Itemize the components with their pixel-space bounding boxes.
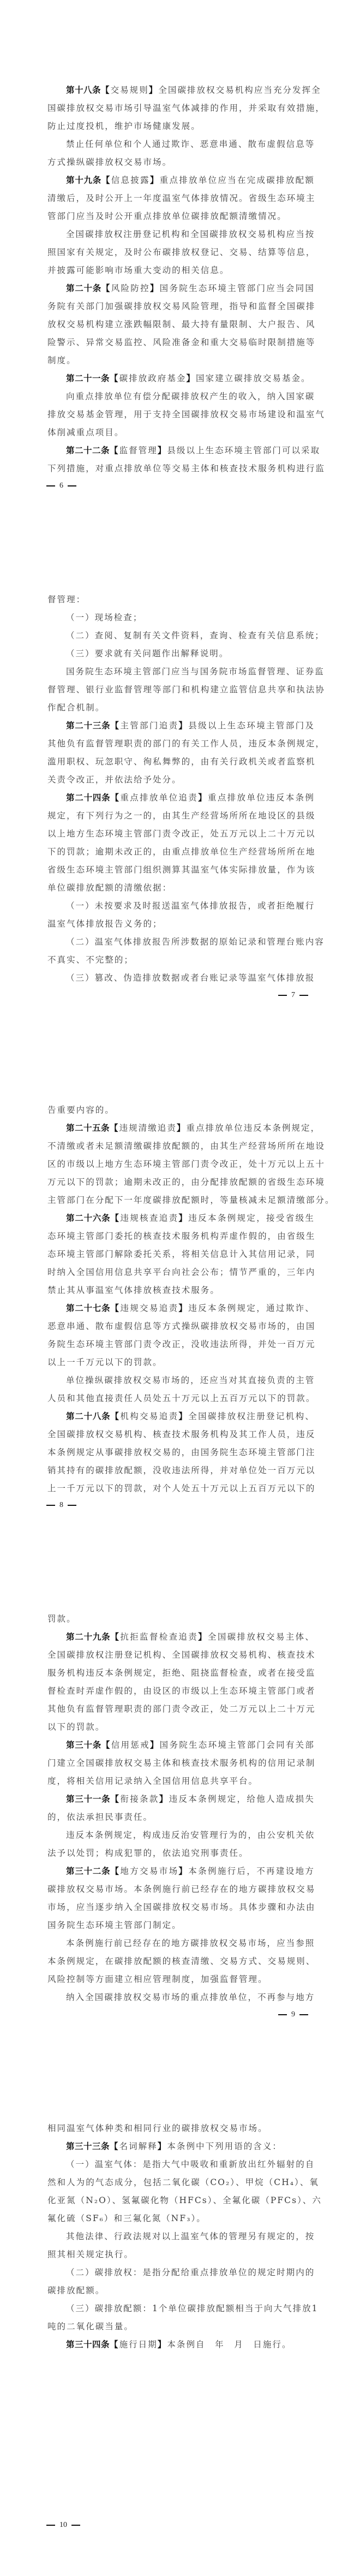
article-heading-line: 第二十六条【违规核查追责】违反本条例规定，接受省级生	[66, 1212, 315, 1225]
text-line: 规定，有下列行为之一的，由其生产经营场所所在地设区的县级	[47, 809, 315, 822]
line-text: 规定，有下列行为之一的，由其生产经营场所所在地设区的县级	[47, 811, 315, 821]
text-line: 法予以处罚；构成犯罪的，依法追究刑事责任。	[47, 1847, 315, 1860]
text-line: 方式操纵碳排放权交易市场。	[47, 156, 315, 169]
article-title: 信用惩戒	[111, 1740, 150, 1750]
text-line: 排放交易基金管理，用于支持全国碳排放权交易市场建设和温室气	[47, 408, 315, 421]
text-line: 化亚氮（N₂O）、氢氟碳化物（HFCs）、全氟化碳（PFCs）、六	[47, 2194, 315, 2207]
line-text: 制度。	[47, 355, 76, 365]
article-title: 施行日期	[119, 2340, 158, 2349]
text-line: 国碳排放权交易市场引导温室气体减排的作用，并采取有效措施，	[47, 102, 315, 115]
line-text: 排放交易基金管理，用于支持全国碳排放权交易市场建设和温室气	[47, 409, 325, 419]
article-title: 地方交易市场	[120, 1866, 178, 1876]
line-text: 主管部门在分配下一年度碳排放配额时，等量核减未足额清缴部分。	[47, 1195, 335, 1205]
article-number: 第十八条	[66, 85, 101, 95]
text-line: 向重点排放单位有偿分配碳排放权产生的收入，纳入国家碳	[66, 390, 315, 403]
line-text: 违反本条例规定，给他人造成损失	[169, 1794, 315, 1804]
bracket-close: 】	[150, 175, 160, 185]
article-number: 第二十一条	[66, 373, 110, 383]
line-text: 然和人为的气态成分，包括二氧化碳（CO₂）、甲烷（CH₄）、氧	[47, 2177, 319, 2187]
text-line: 相同温室气体种类和相同行业的碳排放权交易市场。	[47, 2122, 315, 2135]
article-heading-line: 第三十一条【衔接条款】违反本条例规定，给他人造成损失	[66, 1792, 315, 1806]
line-text: 险警示、异常交易监控、风险准备金和重大交易临时限制措施等	[47, 337, 315, 347]
text-line: 告重要内容的。	[47, 1103, 315, 1117]
line-text: 重点排放单位违反本条例规定，	[186, 1123, 320, 1133]
bracket-close: 】	[178, 721, 188, 731]
article-heading-line: 第二十四条【重点排放单位追责】重点排放单位违反本条例	[66, 791, 315, 804]
line-text: （三）碳排放配额：1个单位碳排放配额相当于向大气排放1	[66, 2304, 319, 2313]
line-text: 违反本条例规定，接受省级生	[188, 1213, 315, 1223]
text-line: 碳排放配额。	[47, 2284, 315, 2297]
line-text: 碳排放配额。	[47, 2286, 105, 2295]
text-line: 主管部门在分配下一年度碳排放配额时，等量核减未足额清缴部分。	[47, 1194, 315, 1207]
bracket-open: 【	[110, 1411, 120, 1421]
text-line: 单位操纵碳排放权交易市场的，还应当对其直接负责的主管	[66, 1374, 315, 1387]
line-text: 全国碳排放权注册登记机构和全国碳排放权交易机构应当按	[66, 229, 315, 239]
page-number-footer: 7	[278, 990, 313, 1001]
text-line: 国务院生态环境主管部门应当与国务院市场监督管理、证券监	[66, 665, 315, 678]
text-line: （一）未按要求及时报送温室气体排放报告，或者拒绝履行	[66, 899, 315, 912]
line-text: 态环境主管部门委托的核查技术服务机构弄虚作假的，由省级生	[47, 1231, 315, 1241]
line-text: （二）温室气体排放报告所涉数据的原始记录和管理台账内容	[66, 937, 325, 947]
page-number: 7	[291, 991, 295, 999]
line-text: 全国碳排放权注册登记机构、全国碳排放权交易机构、核查技术	[47, 1650, 315, 1660]
line-text: （二）碳排放权：是指分配给重点排放单位的规定时期内的	[66, 2268, 315, 2277]
bracket-open: 【	[110, 721, 120, 731]
article-heading-line: 第二十三条【主管部门追责】县级以上生态环境主管部门及	[66, 719, 315, 732]
bracket-close: 】	[178, 1303, 188, 1313]
article-number: 第十九条	[66, 175, 101, 185]
bracket-close: 】	[158, 2141, 167, 2151]
article-number: 第三十三条	[66, 2141, 110, 2151]
text-line: 温室气体排放报告义务的；	[47, 917, 315, 930]
article-number: 第二十六条	[66, 1213, 110, 1223]
bracket-open: 【	[101, 1740, 111, 1750]
line-text: 销其持有的碳排放配额，没收违法所得，并对单位处一百万元以	[47, 1465, 315, 1475]
line-text: 全国碳排放权交易主体、	[208, 1632, 315, 1642]
line-text: 本条例规定从事碳排放权交易的，由国务院生态环境主管部门注	[47, 1447, 315, 1457]
text-line: 防止过度投机，维护市场健康发展。	[47, 120, 315, 133]
line-text: 国家建立碳排放交易基金。	[196, 373, 311, 383]
dash-right	[299, 995, 308, 996]
bracket-open: 【	[110, 793, 120, 803]
line-text: 单位操纵碳排放权交易市场的，还应当对其直接负责的主管	[66, 1375, 315, 1385]
line-text: 风险控制等方面建立相应管理制度，加强监督管理。	[47, 1974, 268, 1984]
line-text: 的，依法承担民事责任。	[47, 1812, 153, 1822]
text-line: 风险控制等方面建立相应管理制度，加强监督管理。	[47, 1973, 315, 1986]
line-text: 本条例中下列用语的含义：	[167, 2141, 282, 2151]
text-line: 滥用职权、玩忽职守、徇私舞弊的，由有关行政机关或者监察机	[47, 755, 315, 768]
line-text: 关责令改正，并依法给予处分。	[47, 775, 182, 785]
text-line: 国务院生态环境主管部门制定。	[47, 1919, 315, 1932]
text-line: 人员和其他直接责任人员处五十万元以上五百万元以下的罚款。	[47, 1392, 315, 1405]
text-line: 险警示、异常交易监控、风险准备金和重大交易临时限制措施等	[47, 336, 315, 349]
bracket-close: 】	[159, 1794, 169, 1804]
text-line: 其他负有监督管理职责的部门的有关工作人员，违反本条例规定，	[47, 737, 315, 750]
article-title: 抗拒监督检查追责	[120, 1632, 198, 1642]
line-text: 本条例自 年 月 日施行。	[167, 2340, 291, 2349]
text-line: 上一千万元以下的罚款，对个人处五十万元以上五百万元以下的	[47, 1482, 315, 1495]
line-text: 市场，应当逐步纳入全国碳排放权交易市场。具体步骤和办法由	[47, 1902, 315, 1912]
bracket-close: 】	[149, 85, 159, 95]
line-text: 本条例施行前已经存在的地方碳排放权交易市场，应当参照	[66, 1938, 315, 1948]
line-text: 禁止任何单位和个人通过欺诈、恶意串通、散布虚假信息等	[66, 139, 315, 149]
article-number: 第二十八条	[66, 1411, 110, 1421]
bracket-close: 】	[178, 1213, 188, 1223]
line-text: 万元以下的罚款；逾期未改正的，由分配排放配额的省级生态环境	[47, 1177, 325, 1187]
line-text: 下的罚款；逾期未改正的，由重点排放单位生产经营场所所在地	[47, 847, 315, 857]
line-text: 国务院生态环境主管部门制定。	[47, 1920, 182, 1930]
text-line: 务院有关部门加强碳排放权交易风险管理，指导和监督全国碳排	[47, 300, 315, 313]
text-line: 制度。	[47, 354, 315, 367]
text-line: 服务机构违反本条例规定，拒绝、阻挠监督检查，或者在接受监	[47, 1666, 315, 1679]
text-line: 区的市级以上地方生态环境主管部门责令改正，处十万元以上五十	[47, 1158, 315, 1171]
line-text: 重点排放单位应当在完成碳排放配额	[160, 175, 315, 185]
text-line: 放权交易机构建立涨跌幅限制、最大持有量限制、大户报告、风	[47, 318, 315, 331]
text-line: 罚款。	[47, 1612, 315, 1625]
line-text: 上一千万元以下的罚款，对个人处五十万元以上五百万元以下的	[47, 1483, 315, 1493]
text-line: 本条例规定，在碳排放配额的核查清缴、交易方式、交易规则、	[47, 1955, 315, 1968]
bracket-open: 【	[101, 85, 111, 95]
article-heading-line: 第三十四条【施行日期】本条例自 年 月 日施行。	[66, 2338, 315, 2351]
line-text: 全国碳排放权交易机构、核查技术服务机构及其工作人员，违反	[47, 1429, 315, 1439]
article-number: 第三十四条	[66, 2340, 110, 2349]
article-title: 违规清缴追责	[119, 1123, 177, 1133]
line-text: （一）未按要求及时报送温室气体排放报告，或者拒绝履行	[66, 901, 315, 911]
line-text: 作配合机制。	[47, 703, 105, 713]
text-line: 恶意串通、散布虚假信息等方式操纵碳排放权交易市场的，由国	[47, 1320, 315, 1333]
bracket-close: 】	[150, 283, 160, 293]
article-number: 第二十九条	[66, 1632, 110, 1642]
article-number: 第三十二条	[66, 1866, 110, 1876]
article-number: 第三十一条	[66, 1794, 110, 1804]
bracket-open: 【	[101, 283, 111, 293]
bracket-open: 【	[110, 446, 119, 455]
bracket-open: 【	[110, 1866, 120, 1876]
text-line: 本条例规定从事碳排放权交易的，由国务院生态环境主管部门注	[47, 1446, 315, 1459]
article-number: 第二十二条	[66, 446, 110, 455]
article-heading-line: 第十九条【信息披露】重点排放单位应当在完成碳排放配额	[66, 174, 315, 187]
line-text: 氟化硫（SF₆）和三氟化氮（NF₃）。	[47, 2213, 206, 2223]
line-text: 禁止其从事温室气体排放核查技术服务。	[47, 1285, 220, 1295]
text-line: 违反本条例规定，构成违反治安管理行为的，由公安机关依	[66, 1829, 315, 1842]
article-number: 第二十五条	[66, 1123, 110, 1133]
bracket-close: 】	[150, 1740, 160, 1750]
article-heading-line: 第二十五条【违规清缴追责】重点排放单位违反本条例规定，	[66, 1121, 315, 1135]
dash-left	[46, 2525, 55, 2526]
dash-left	[278, 2014, 287, 2015]
article-heading-line: 第十八条【交易规则】全国碳排放权交易机构应当充分发挥全	[66, 84, 315, 97]
text-line: 纳入全国碳排放权交易市场的重点排放单位，不再参与地方	[66, 1991, 315, 2004]
text-line: （二）碳排放权：是指分配给重点排放单位的规定时期内的	[66, 2266, 315, 2279]
text-line: 督检查时弄虚作假的，由设区的市级以上生态环境主管部门或者	[47, 1684, 315, 1697]
page-number-footer: 10	[46, 2520, 85, 2531]
text-line: 本条例施行前已经存在的地方碳排放权交易市场，应当参照	[66, 1937, 315, 1950]
text-line: （二）查阅、复制有关文件资料，查询、检查有关信息系统；	[66, 629, 315, 642]
text-line: 时纳入全国信用信息共享平台向社会公布；情节严重的，三年内	[47, 1266, 315, 1279]
article-title: 主管部门追责	[120, 721, 178, 731]
article-number: 第二十七条	[66, 1303, 110, 1313]
article-title: 风险防控	[111, 283, 150, 293]
text-line: 作配合机制。	[47, 701, 315, 714]
line-text: 督管理：	[47, 595, 86, 604]
line-text: 其他负有监督管理职责的部门责令改正，处二万元以上二十万元	[47, 1704, 315, 1714]
line-text: 罚款。	[47, 1614, 76, 1624]
line-text: （一）现场检查；	[66, 613, 142, 622]
text-line: 市场，应当逐步纳入全国碳排放权交易市场。具体步骤和办法由	[47, 1901, 315, 1914]
line-text: 重点排放单位违反本条例	[208, 793, 315, 803]
line-text: 以上一千万元以下的罚款。	[47, 1357, 163, 1367]
line-text: 区的市级以上地方生态环境主管部门责令改正，处十万元以上五十	[47, 1159, 325, 1169]
text-line: 全国碳排放权注册登记机构、全国碳排放权交易机构、核查技术	[47, 1648, 315, 1661]
line-text: 相同温室气体种类和相同行业的碳排放权交易市场。	[47, 2123, 268, 2133]
line-text: 化亚氮（N₂O）、氢氟碳化物（HFCs）、全氟化碳（PFCs）、六	[47, 2195, 322, 2205]
text-line: 万元以下的罚款；逾期未改正的，由分配排放配额的省级生态环境	[47, 1176, 315, 1189]
text-line: 态环境主管部门解除委托关系，将相关信息计入其信用记录，同	[47, 1248, 315, 1261]
line-text: 以上地方生态环境主管部门责令改正，处五万元以上二十万元以	[47, 829, 315, 839]
line-text: （二）查阅、复制有关文件资料，查询、检查有关信息系统；	[66, 631, 325, 640]
text-line: 务院生态环境主管部门责令改正，没收违法所得，并处一百万元	[47, 1338, 315, 1351]
article-title: 交易规则	[111, 85, 149, 95]
article-number: 第二十条	[66, 283, 101, 293]
line-text: 服务机构违反本条例规定，拒绝、阻挠监督检查，或者在接受监	[47, 1668, 315, 1678]
line-text: 本条例规定，在碳排放配额的核查清缴、交易方式、交易规则、	[47, 1956, 315, 1966]
text-line: 态环境主管部门委托的核查技术服务机构弄虚作假的，由省级生	[47, 1230, 315, 1243]
text-line: 督管理、银行业监督管理等部门和机构建立监管信息共享和执法协	[47, 683, 315, 696]
line-text: 省级生态环境主管部门组织测算其温室气体实际排放量，作为该	[47, 865, 315, 875]
line-text: 告重要内容的。	[47, 1105, 115, 1115]
text-line: 禁止其从事温室气体排放核查技术服务。	[47, 1284, 315, 1297]
article-title: 违规核查追责	[120, 1213, 178, 1223]
line-text: 不清缴或者未足额清缴碳排放配额的，由其生产经营场所所在地设	[47, 1141, 325, 1151]
dash-right	[71, 2525, 80, 2526]
line-text: 法予以处罚；构成犯罪的，依法追究刑事责任。	[47, 1848, 249, 1858]
text-line: 不真实、不完整的；	[47, 953, 315, 966]
bracket-close: 】	[186, 373, 196, 383]
page-number: 8	[59, 1501, 63, 1509]
line-text: 恶意串通、散布虚假信息等方式操纵碳排放权交易市场的，由国	[47, 1321, 315, 1331]
article-title: 监督管理	[119, 446, 158, 455]
line-text: 本条例施行后，不再建设地方	[188, 1866, 315, 1876]
line-text: 并披露可能影响市场重大变动的相关信息。	[47, 265, 229, 275]
page-number-footer: 8	[46, 1500, 81, 1511]
bracket-open: 【	[110, 2340, 119, 2349]
line-text: 违反本条例规定，构成违反治安管理行为的，由公安机关依	[66, 1830, 315, 1840]
text-line: 然和人为的气态成分，包括二氧化碳（CO₂）、甲烷（CH₄）、氧	[47, 2176, 315, 2189]
text-line: （三）碳排放配额：1个单位碳排放配额相当于向大气排放1	[66, 2302, 315, 2315]
line-text: 管部门应当及时公开重点排放单位碳排放配额清缴情况。	[47, 211, 287, 221]
bracket-open: 【	[101, 175, 111, 185]
page-number: 10	[59, 2521, 67, 2529]
line-text: 县级以上生态环境主管部门可以采取	[167, 446, 320, 455]
dash-left	[278, 995, 287, 996]
bracket-open: 【	[110, 373, 119, 383]
text-line: 禁止任何单位和个人通过欺诈、恶意串通、散布虚假信息等	[66, 138, 315, 151]
bracket-open: 【	[110, 1213, 120, 1223]
text-line: 管部门应当及时公开重点排放单位碳排放配额清缴情况。	[47, 210, 315, 223]
line-text: 督管理、银行业监督管理等部门和机构建立监管信息共享和执法协	[47, 685, 325, 695]
line-text: 门建立全国碳排放权交易主体和核查技术服务机构的信用记录制	[47, 1758, 315, 1768]
text-line: 碳排放权交易市场。本条例施行前已经存在的地方碳排放权交易	[47, 1883, 315, 1896]
text-line: 体削减重点项目。	[47, 426, 315, 439]
article-number: 第二十四条	[66, 793, 110, 803]
text-line: 单位碳排放配额的清缴依据：	[47, 881, 315, 894]
text-line: （一）现场检查；	[66, 611, 315, 624]
text-line: 以上地方生态环境主管部门责令改正，处五万元以上二十万元以	[47, 827, 315, 840]
line-text: 务院有关部门加强碳排放权交易风险管理，指导和监督全国碳排	[47, 301, 315, 311]
article-title: 信息披露	[111, 175, 150, 185]
dash-left	[46, 485, 55, 486]
article-heading-line: 第三十条【信用惩戒】国务院生态环境主管部门会同有关部	[66, 1738, 315, 1752]
line-text: 照国家有关规定，及时公布碳排放权登记、交易、结算等信息，	[47, 247, 315, 257]
article-title: 衔接条款	[120, 1794, 159, 1804]
text-line: 全国碳排放权注册登记机构和全国碳排放权交易机构应当按	[66, 228, 315, 241]
document: 第十八条【交易规则】全国碳排放权交易机构应当充分发挥全国碳排放权交易市场引导温室…	[0, 0, 360, 2576]
text-line: 下列措施，对重点排放单位等交易主体和核查技术服务机构进行监	[47, 462, 315, 475]
page-number: 6	[59, 482, 63, 490]
article-title: 名词解释	[119, 2141, 158, 2151]
line-text: 国务院生态环境主管部门应当与国务院市场监督管理、证券监	[66, 667, 325, 676]
text-line: 下的罚款；逾期未改正的，由重点排放单位生产经营场所所在地	[47, 845, 315, 858]
line-text: 国务院生态环境主管部门会同有关部	[160, 1740, 315, 1750]
dash-left	[46, 1505, 55, 1506]
text-line: 氟化硫（SF₆）和三氟化氮（NF₃）。	[47, 2212, 315, 2225]
text-line: 门建立全国碳排放权交易主体和核查技术服务机构的信用记录制	[47, 1756, 315, 1770]
article-heading-line: 第三十二条【地方交易市场】本条例施行后，不再建设地方	[66, 1865, 315, 1878]
line-text: 清缴后，及时公开上一年度温室气体排放情况。省级生态环境主	[47, 193, 315, 203]
bracket-close: 】	[178, 1411, 188, 1421]
line-text: 滥用职权、玩忽职守、徇私舞弊的，由有关行政机关或者监察机	[47, 757, 315, 767]
article-title: 违规交易追责	[120, 1303, 178, 1313]
text-line: 销其持有的碳排放配额，没收违法所得，并对单位处一百万元以	[47, 1464, 315, 1477]
dash-right	[299, 2014, 308, 2015]
text-line: 的，依法承担民事责任。	[47, 1811, 315, 1824]
article-heading-line: 第二十条【风险防控】国务院生态环境主管部门应当会同国	[66, 282, 315, 295]
bracket-close: 】	[158, 446, 167, 455]
line-text: 不真实、不完整的；	[47, 955, 134, 965]
text-line: 不清缴或者未足额清缴碳排放配额的，由其生产经营场所所在地设	[47, 1139, 315, 1153]
text-line: 以下的罚款。	[47, 1720, 315, 1734]
bracket-open: 【	[110, 1794, 120, 1804]
line-text: 照其相关规定执行。	[47, 2249, 134, 2259]
line-text: 态环境主管部门解除委托关系，将相关信息计入其信用记录，同	[47, 1249, 315, 1259]
line-text: 向重点排放单位有偿分配碳排放权产生的收入，纳入国家碳	[66, 391, 315, 401]
text-line: 度，将相关信用记录纳入全国信用信息共享平台。	[47, 1774, 315, 1788]
dash-right	[68, 485, 76, 486]
text-line: （二）温室气体排放报告所涉数据的原始记录和管理台账内容	[66, 935, 315, 948]
text-line: 照国家有关规定，及时公布碳排放权登记、交易、结算等信息，	[47, 246, 315, 259]
line-text: 放权交易机构建立涨跌幅限制、最大持有量限制、大户报告、风	[47, 319, 315, 329]
line-text: 以下的罚款。	[47, 1722, 105, 1732]
line-text: 国务院生态环境主管部门应当会同国	[160, 283, 315, 293]
text-line: （三）要求就有关问题作出解释说明。	[66, 647, 315, 660]
bracket-open: 【	[110, 1632, 120, 1642]
article-heading-line: 第二十七条【违规交易追责】违反本条例规定，通过欺诈、	[66, 1302, 315, 1315]
text-line: 省级生态环境主管部门组织测算其温室气体实际排放量，作为该	[47, 863, 315, 876]
text-line: 并披露可能影响市场重大变动的相关信息。	[47, 264, 315, 277]
text-line: （一）温室气体：是指大气中吸收和重新放出红外辐射的自	[66, 2158, 315, 2171]
article-heading-line: 第二十八条【机构交易追责】全国碳排放权注册登记机构、	[66, 1410, 315, 1423]
line-text: 温室气体排放报告义务的；	[47, 919, 163, 929]
bracket-open: 【	[110, 2141, 119, 2151]
article-title: 碳排放政府基金	[119, 373, 187, 383]
line-text: 纳入全国碳排放权交易市场的重点排放单位，不再参与地方	[66, 1992, 315, 2002]
text-line: 督管理：	[47, 593, 315, 606]
article-title: 重点排放单位追责	[120, 793, 198, 803]
article-heading-line: 第二十二条【监督管理】县级以上生态环境主管部门可以采取	[66, 444, 315, 457]
article-heading-line: 第三十三条【名词解释】本条例中下列用语的含义：	[66, 2140, 315, 2153]
line-text: （三）篡改、伪造排放数据或者台账记录等温室气体排放报	[66, 973, 315, 983]
bracket-close: 】	[177, 1123, 187, 1133]
line-text: （一）温室气体：是指大气中吸收和重新放出红外辐射的自	[66, 2159, 315, 2169]
line-text: 务院生态环境主管部门责令改正，没收违法所得，并处一百万元	[47, 1339, 315, 1349]
article-title: 机构交易追责	[120, 1411, 178, 1421]
line-text: 国碳排放权交易市场引导温室气体减排的作用，并采取有效措施，	[47, 103, 325, 113]
article-number: 第三十条	[66, 1740, 101, 1750]
line-text: 碳排放权交易市场。本条例施行前已经存在的地方碳排放权交易	[47, 1884, 315, 1894]
bracket-open: 【	[110, 1303, 120, 1313]
line-text: （三）要求就有关问题作出解释说明。	[66, 649, 229, 658]
line-text: 人员和其他直接责任人员处五十万元以上五百万元以下的罚款。	[47, 1393, 315, 1403]
text-line: 清缴后，及时公开上一年度温室气体排放情况。省级生态环境主	[47, 192, 315, 205]
line-text: 方式操纵碳排放权交易市场。	[47, 157, 172, 167]
line-text: 其他负有监督管理职责的部门的有关工作人员，违反本条例规定，	[47, 739, 325, 749]
article-number: 第二十三条	[66, 721, 110, 731]
text-line: 以上一千万元以下的罚款。	[47, 1356, 315, 1369]
article-heading-line: 第二十一条【碳排放政府基金】国家建立碳排放交易基金。	[66, 372, 315, 385]
line-text: 吨的二氧化碳当量。	[47, 2322, 134, 2331]
page-number-footer: 9	[278, 2009, 313, 2020]
text-line: 其他法律、行政法规对以上温室气体的管理另有规定的，按	[66, 2230, 315, 2243]
text-line: （三）篡改、伪造排放数据或者台账记录等温室气体排放报	[66, 971, 315, 984]
line-text: 体削减重点项目。	[47, 428, 124, 437]
bracket-close: 】	[158, 2340, 167, 2349]
line-text: 督检查时弄虚作假的，由设区的市级以上生态环境主管部门或者	[47, 1686, 315, 1696]
bracket-close: 】	[178, 1866, 188, 1876]
text-line: 关责令改正，并依法给予处分。	[47, 773, 315, 786]
line-text: 防止过度投机，维护市场健康发展。	[47, 121, 201, 131]
bracket-open: 【	[110, 1123, 119, 1133]
article-heading-line: 第二十九条【抗拒监督检查追责】全国碳排放权交易主体、	[66, 1630, 315, 1643]
line-text: 全国碳排放权注册登记机构、	[188, 1411, 315, 1421]
page-number: 9	[291, 2010, 295, 2019]
dash-right	[68, 1505, 76, 1506]
bracket-close: 】	[198, 793, 208, 803]
text-line: 吨的二氧化碳当量。	[47, 2320, 315, 2333]
text-line: 照其相关规定执行。	[47, 2248, 315, 2261]
line-text: 全国碳排放权交易机构应当充分发挥全	[158, 85, 321, 95]
line-text: 违反本条例规定，通过欺诈、	[188, 1303, 315, 1313]
bracket-close: 】	[198, 1632, 208, 1642]
line-text: 时纳入全国信用信息共享平台向社会公布；情节严重的，三年内	[47, 1267, 315, 1277]
line-text: 其他法律、行政法规对以上温室气体的管理另有规定的，按	[66, 2231, 315, 2241]
page-number-footer: 6	[46, 480, 81, 491]
text-line: 全国碳排放权交易机构、核查技术服务机构及其工作人员，违反	[47, 1428, 315, 1441]
text-line: 其他负有监督管理职责的部门责令改正，处二万元以上二十万元	[47, 1702, 315, 1716]
line-text: 度，将相关信用记录纳入全国信用信息共享平台。	[47, 1776, 258, 1786]
line-text: 下列措施，对重点排放单位等交易主体和核查技术服务机构进行监	[47, 464, 325, 473]
line-text: 县级以上生态环境主管部门及	[188, 721, 315, 731]
line-text: 单位碳排放配额的清缴依据：	[47, 883, 172, 893]
